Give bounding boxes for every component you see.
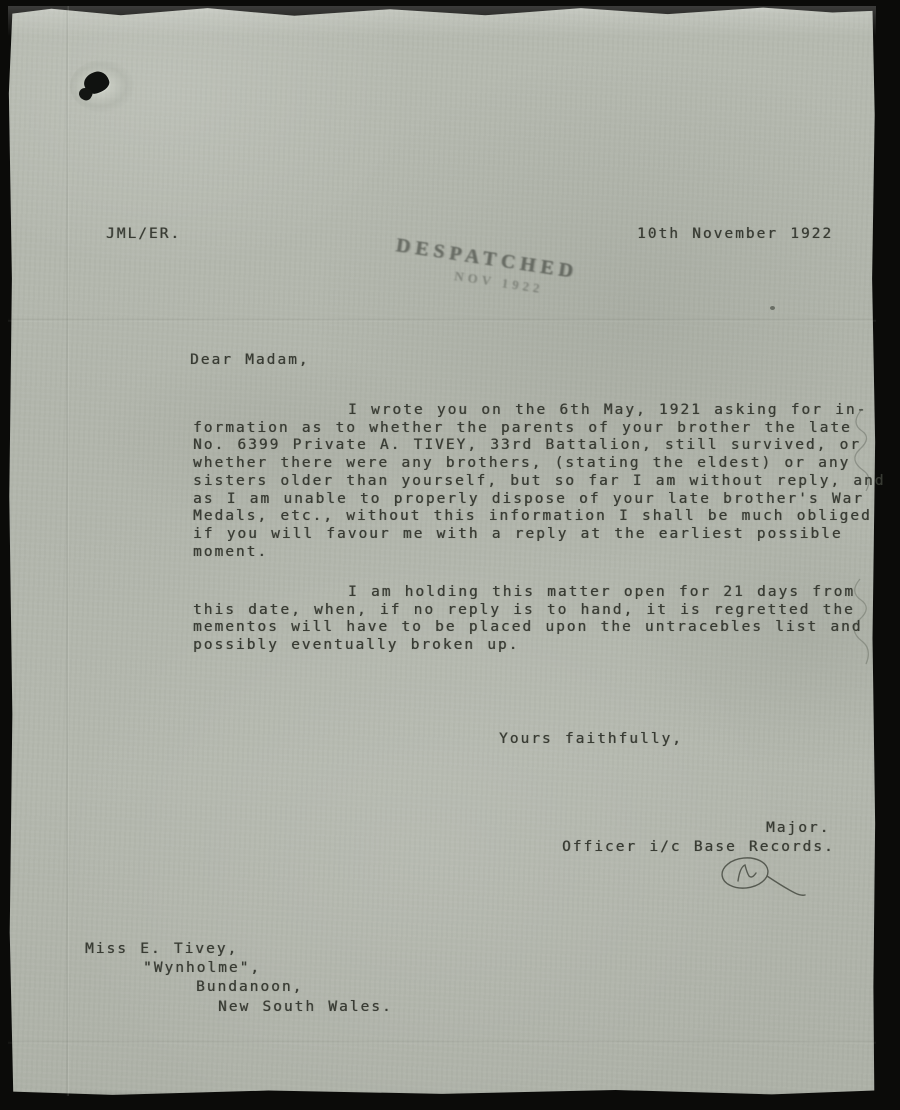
salutation: Dear Madam, <box>190 352 310 370</box>
body-paragraph-1: I wrote you on the 6th May, 1921 asking … <box>193 402 893 561</box>
scanned-letter-page: { "document": { "reference": "JML/ER.", … <box>0 0 900 1110</box>
horizontal-fold-crease-lower <box>8 1040 876 1044</box>
reference-number: JML/ER. <box>106 226 181 244</box>
horizontal-fold-crease-upper <box>8 318 876 322</box>
closing-valediction: Yours faithfully, <box>499 731 683 749</box>
vertical-fold-crease <box>66 6 69 1096</box>
text-line: as I am unable to properly dispose of yo… <box>193 491 893 509</box>
text-line: formation as to whether the parents of y… <box>193 420 893 438</box>
text-line: New South Wales. <box>85 998 393 1017</box>
signature-rank: Major. <box>766 820 830 838</box>
text-line: Miss E. Tivey, <box>85 940 393 959</box>
text-line: sisters older than yourself, but so far … <box>193 473 893 491</box>
text-line: I wrote you on the 6th May, 1921 asking … <box>193 402 893 420</box>
signature-initial-mark <box>712 851 812 901</box>
text-line: if you will favour me with a reply at th… <box>193 526 893 544</box>
text-line: possibly eventually broken up. <box>193 637 893 655</box>
body-paragraph-2: I am holding this matter open for 21 day… <box>193 584 893 655</box>
text-line: I am holding this matter open for 21 day… <box>193 584 893 602</box>
text-line: this date, when, if no reply is to hand,… <box>193 602 893 620</box>
recipient-address: Miss E. Tivey,"Wynholme",Bundanoon,New S… <box>85 940 393 1017</box>
text-line: "Wynholme", <box>85 959 393 978</box>
text-line: moment. <box>193 544 893 562</box>
letter-date: 10th November 1922 <box>637 226 833 244</box>
text-line: Medals, etc., without this information I… <box>193 508 893 526</box>
text-line: mementos will have to be placed upon the… <box>193 619 893 637</box>
text-line: Bundanoon, <box>85 978 393 997</box>
text-line: whether there were any brothers, (statin… <box>193 455 893 473</box>
text-line: No. 6399 Private A. TIVEY, 33rd Battalio… <box>193 437 893 455</box>
ink-dot <box>770 306 775 310</box>
